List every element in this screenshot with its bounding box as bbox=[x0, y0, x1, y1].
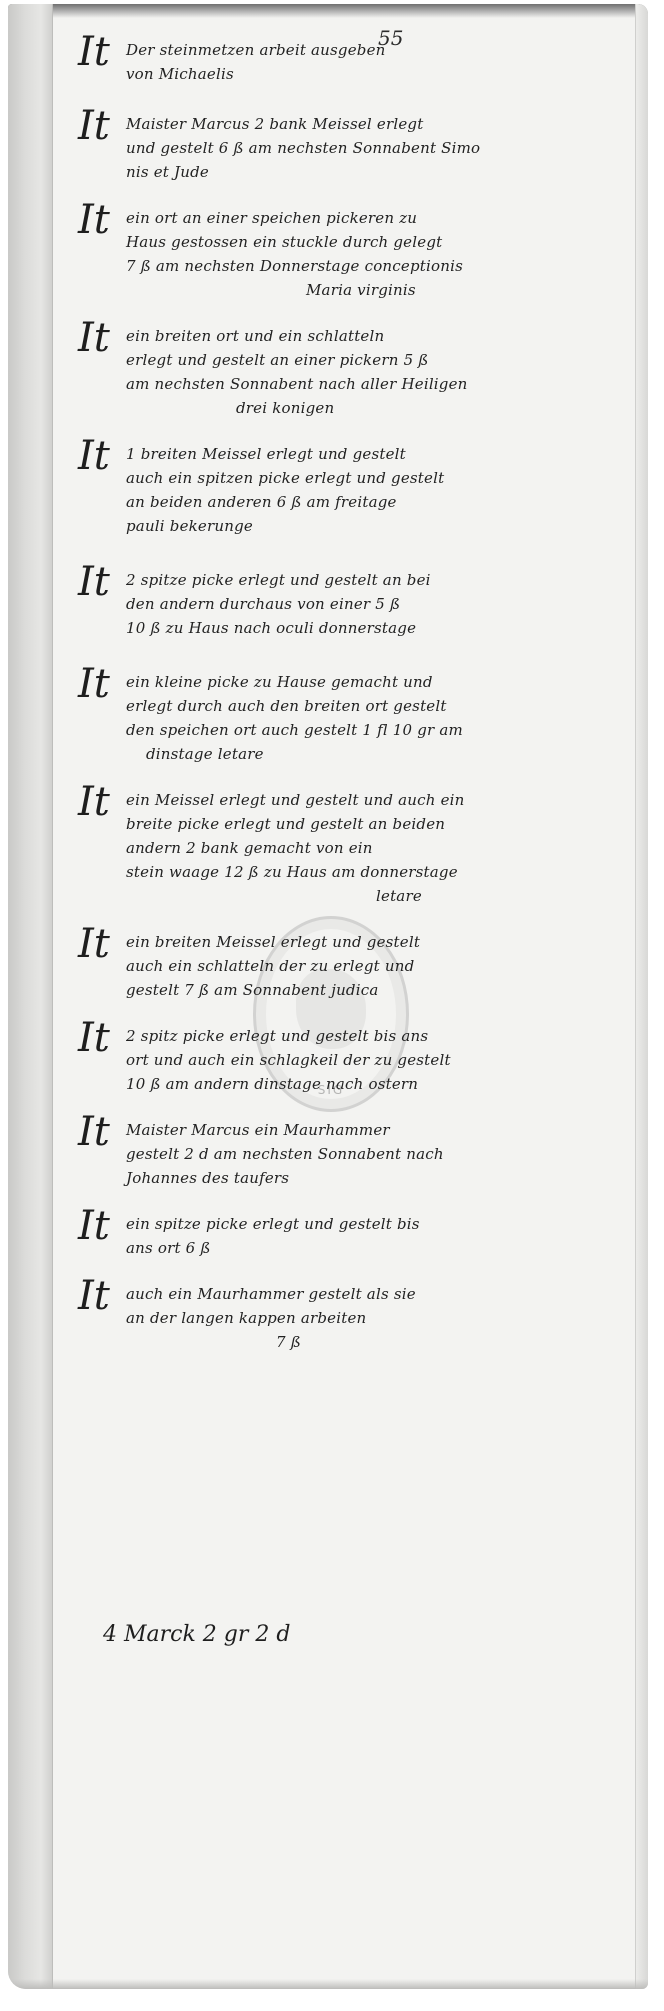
ledger-entry: It ein breiten Meissel erlegt und gestel… bbox=[78, 930, 628, 1002]
ledger-entry: It ein ort an einer speichen pickeren zu… bbox=[78, 206, 628, 302]
entry-line: gestelt 2 d am nechsten Sonnabent nach bbox=[126, 1142, 628, 1166]
entry-line: Haus gestossen ein stuckle durch gelegt bbox=[126, 230, 628, 254]
entry-line: Maister Marcus 2 bank Meissel erlegt bbox=[126, 112, 628, 136]
item-mark: It bbox=[78, 318, 110, 358]
manuscript-page: 55 SIG It Der steinmetzen arbeit ausgebe… bbox=[8, 4, 648, 1989]
ledger-entry: It ein spitze picke erlegt und gestelt b… bbox=[78, 1212, 628, 1260]
entry-line: pauli bekerunge bbox=[126, 514, 628, 538]
entry-line: auch ein schlatteln der zu erlegt und bbox=[126, 954, 628, 978]
entry-line: 2 spitz picke erlegt und gestelt bis ans bbox=[126, 1024, 628, 1048]
ledger-entry: It ein kleine picke zu Hause gemacht und… bbox=[78, 670, 628, 766]
entry-line: erlegt und gestelt an einer pickern 5 ß bbox=[126, 348, 628, 372]
page-bottom-edge bbox=[8, 1979, 648, 1989]
entry-line: den andern durchaus von einer 5 ß bbox=[126, 592, 628, 616]
entry-line: auch ein spitzen picke erlegt und gestel… bbox=[126, 466, 628, 490]
item-mark: It bbox=[78, 664, 110, 704]
ledger-entry: It Maister Marcus 2 bank Meissel erlegt … bbox=[78, 112, 628, 184]
page-right-edge bbox=[635, 4, 648, 1989]
ledger-entries: It Der steinmetzen arbeit ausgeben von M… bbox=[78, 38, 628, 1376]
item-mark: It bbox=[78, 106, 110, 146]
item-mark: It bbox=[78, 924, 110, 964]
ledger-entry: It 2 spitze picke erlegt und gestelt an … bbox=[78, 568, 628, 640]
entry-line: 10 ß am andern dinstage nach ostern bbox=[126, 1072, 628, 1096]
entry-line: ein breiten Meissel erlegt und gestelt bbox=[126, 930, 628, 954]
entry-line: andern 2 bank gemacht von ein bbox=[126, 836, 628, 860]
entry-line: 2 spitze picke erlegt und gestelt an bei bbox=[126, 568, 628, 592]
item-mark: It bbox=[78, 1276, 110, 1316]
entry-line: an beiden anderen 6 ß am freitage bbox=[126, 490, 628, 514]
entry-line: ort und auch ein schlagkeil der zu geste… bbox=[126, 1048, 628, 1072]
item-mark: It bbox=[78, 1112, 110, 1152]
entry-line: Johannes des taufers bbox=[126, 1166, 628, 1190]
ledger-entry: It Maister Marcus ein Maurhammer gestelt… bbox=[78, 1118, 628, 1190]
entry-line: Maister Marcus ein Maurhammer bbox=[126, 1118, 628, 1142]
item-mark: It bbox=[78, 562, 110, 602]
entry-line: ein Meissel erlegt und gestelt und auch … bbox=[126, 788, 628, 812]
page-total: 4 Marck 2 gr 2 d bbox=[103, 1622, 290, 1647]
ledger-entry: It ein breiten ort und ein schlatteln er… bbox=[78, 324, 628, 420]
entry-line: breite picke erlegt und gestelt an beide… bbox=[126, 812, 628, 836]
item-mark: It bbox=[78, 782, 110, 822]
binding-fold bbox=[8, 4, 53, 1989]
entry-line-amount: 7 ß bbox=[126, 1330, 628, 1354]
item-mark: It bbox=[78, 1206, 110, 1246]
ledger-entry: It 2 spitz picke erlegt und gestelt bis … bbox=[78, 1024, 628, 1096]
entry-line: ans ort 6 ß bbox=[126, 1236, 628, 1260]
entry-line-date: Maria virginis bbox=[126, 278, 628, 302]
entry-line-date: drei konigen bbox=[126, 396, 628, 420]
entry-line-date: letare bbox=[126, 884, 628, 908]
entry-line: auch ein Maurhammer gestelt als sie bbox=[126, 1282, 628, 1306]
entry-line-date: dinstage letare bbox=[126, 742, 628, 766]
entry-line: Der steinmetzen arbeit ausgeben bbox=[126, 38, 628, 62]
ledger-entry: It 1 breiten Meissel erlegt und gestelt … bbox=[78, 442, 628, 538]
entry-line: und gestelt 6 ß am nechsten Sonnabent Si… bbox=[126, 136, 628, 160]
entry-line: stein waage 12 ß zu Haus am donnerstage bbox=[126, 860, 628, 884]
entry-line: ein spitze picke erlegt und gestelt bis bbox=[126, 1212, 628, 1236]
item-mark: It bbox=[78, 200, 110, 240]
entry-line: 7 ß am nechsten Donnerstage conceptionis bbox=[126, 254, 628, 278]
entry-line: gestelt 7 ß am Sonnabent judica bbox=[126, 978, 628, 1002]
entry-line: ein ort an einer speichen pickeren zu bbox=[126, 206, 628, 230]
ledger-entry: It Der steinmetzen arbeit ausgeben von M… bbox=[78, 38, 628, 86]
item-mark: It bbox=[78, 1018, 110, 1058]
entry-line: ein breiten ort und ein schlatteln bbox=[126, 324, 628, 348]
entry-line: an der langen kappen arbeiten bbox=[126, 1306, 628, 1330]
item-mark: It bbox=[78, 436, 110, 476]
entry-line: 1 breiten Meissel erlegt und gestelt bbox=[126, 442, 628, 466]
entry-line: ein kleine picke zu Hause gemacht und bbox=[126, 670, 628, 694]
ledger-entry: It auch ein Maurhammer gestelt als sie a… bbox=[78, 1282, 628, 1354]
entry-line: nis et Jude bbox=[126, 160, 628, 184]
entry-line: den speichen ort auch gestelt 1 fl 10 gr… bbox=[126, 718, 628, 742]
item-mark: It bbox=[78, 32, 110, 72]
entry-line: 10 ß zu Haus nach oculi donnerstage bbox=[126, 616, 628, 640]
entry-line: von Michaelis bbox=[126, 62, 628, 86]
ledger-entry: It ein Meissel erlegt und gestelt und au… bbox=[78, 788, 628, 908]
entry-line: erlegt durch auch den breiten ort gestel… bbox=[126, 694, 628, 718]
entry-line: am nechsten Sonnabent nach aller Heilige… bbox=[126, 372, 628, 396]
